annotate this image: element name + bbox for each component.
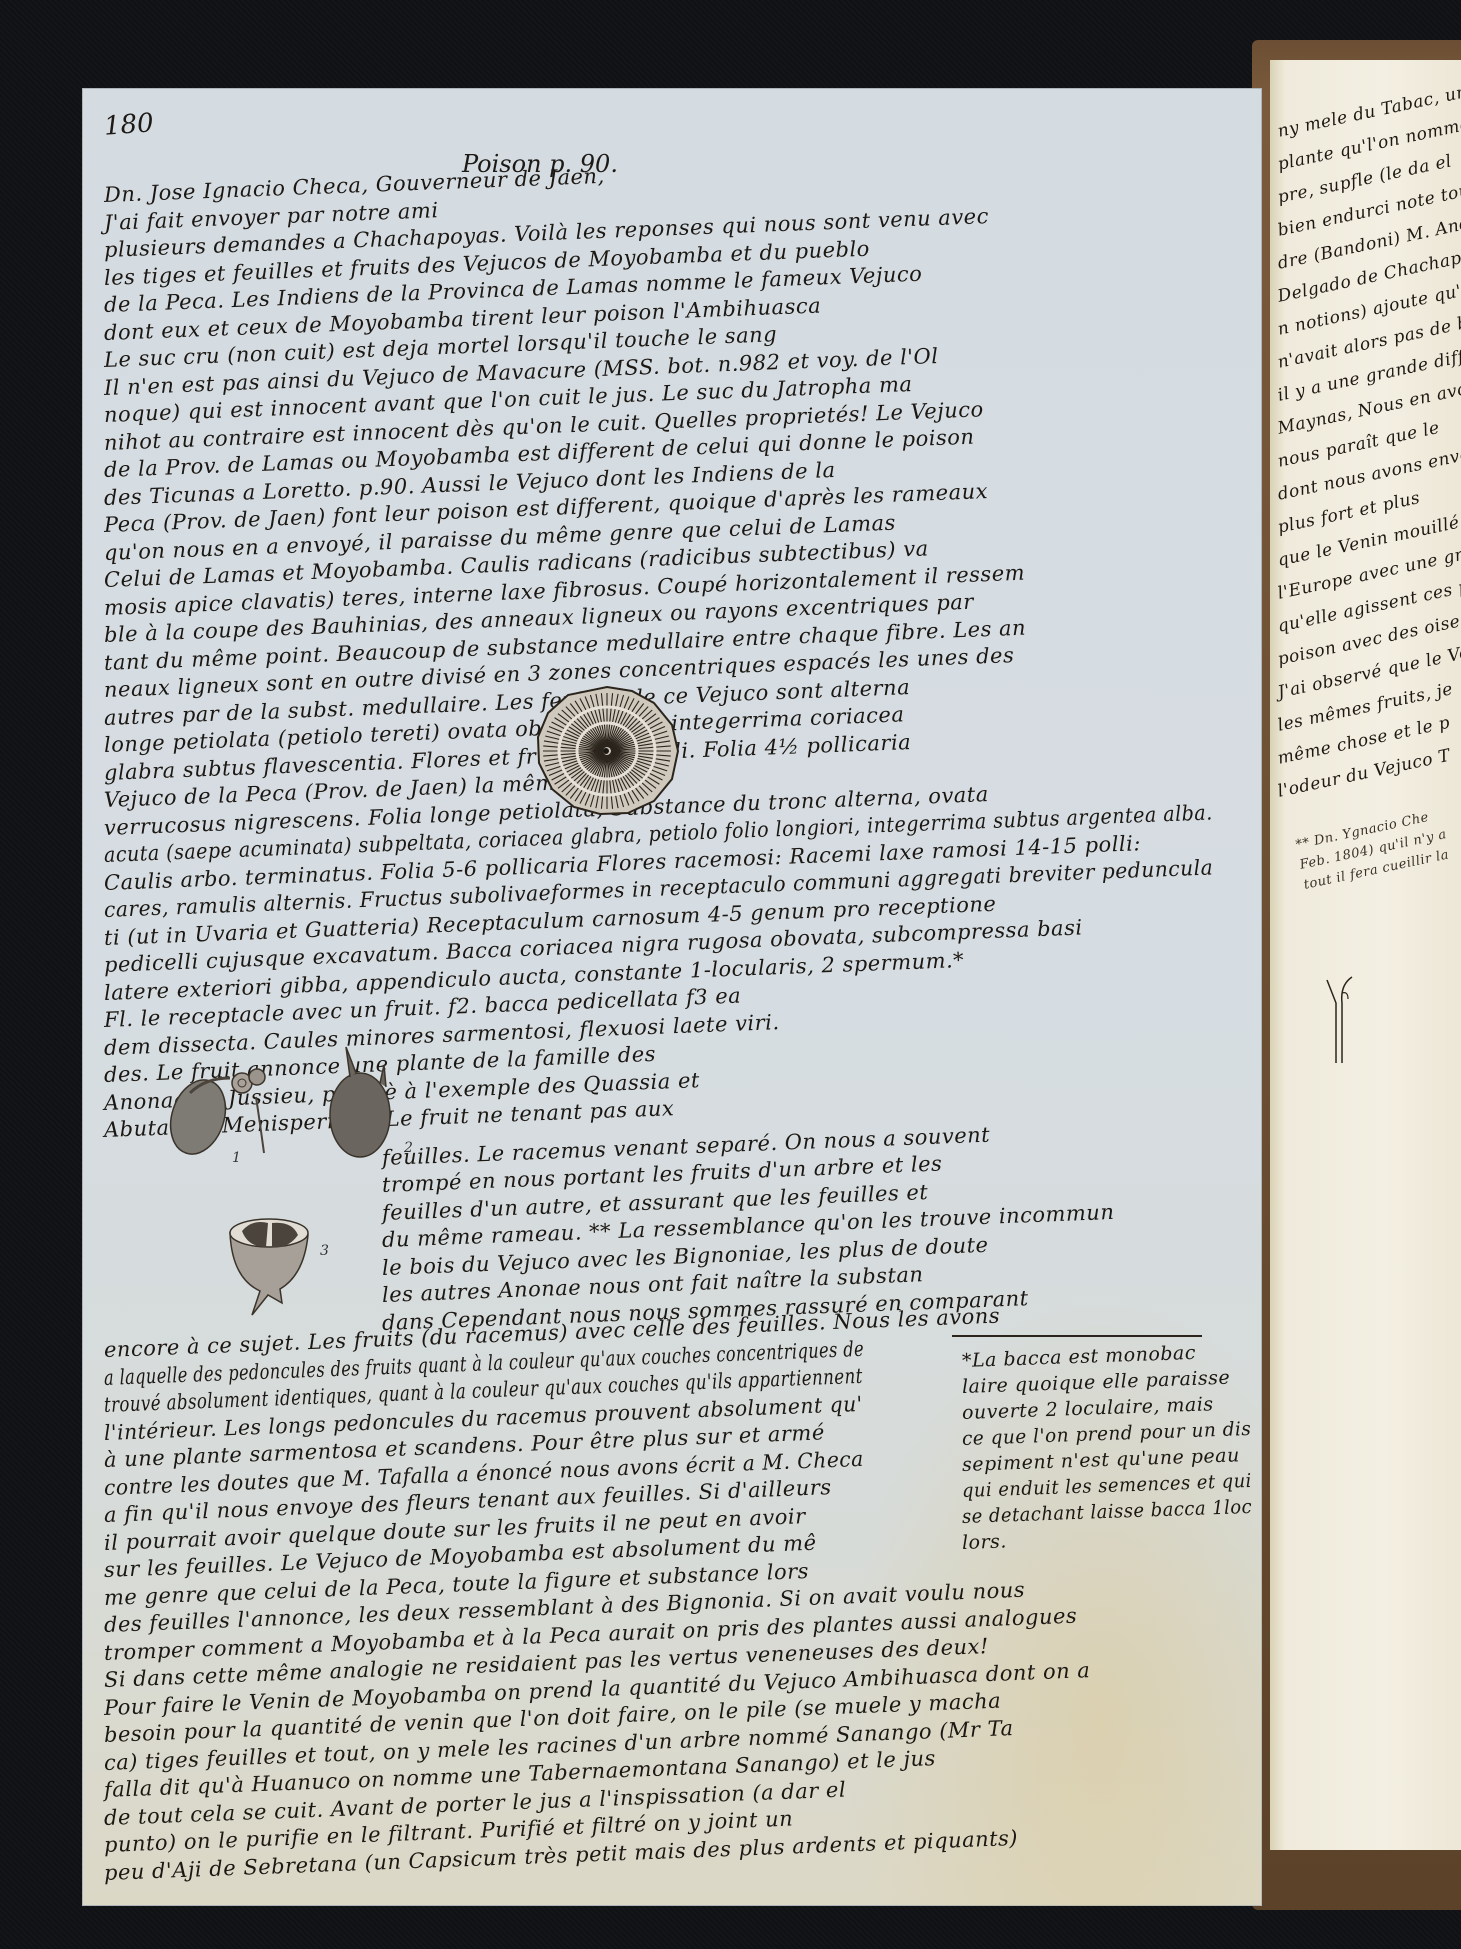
- y-shaped-sketch-icon: [1322, 975, 1362, 1065]
- fruit-figure-3: [222, 1213, 322, 1318]
- figure-label-3: 3: [320, 1243, 329, 1259]
- fruit-figure-1: [160, 1053, 280, 1163]
- footnote-divider: [952, 1335, 1202, 1337]
- stem-cross-section-figure: [532, 683, 682, 818]
- figure-label-2: 2: [404, 1140, 413, 1156]
- fruit-figure-2: [322, 1043, 402, 1163]
- page-number: 180: [103, 108, 155, 141]
- figure-label-1: 1: [232, 1150, 241, 1166]
- manuscript-page: 180 Poison p. 90. Dn. Jose Ignacio Checa…: [82, 88, 1262, 1906]
- facing-page: ny mele du Tabac, un pplante qu'l'on nom…: [1270, 60, 1461, 1850]
- footnote-line: lors.: [962, 1530, 1008, 1554]
